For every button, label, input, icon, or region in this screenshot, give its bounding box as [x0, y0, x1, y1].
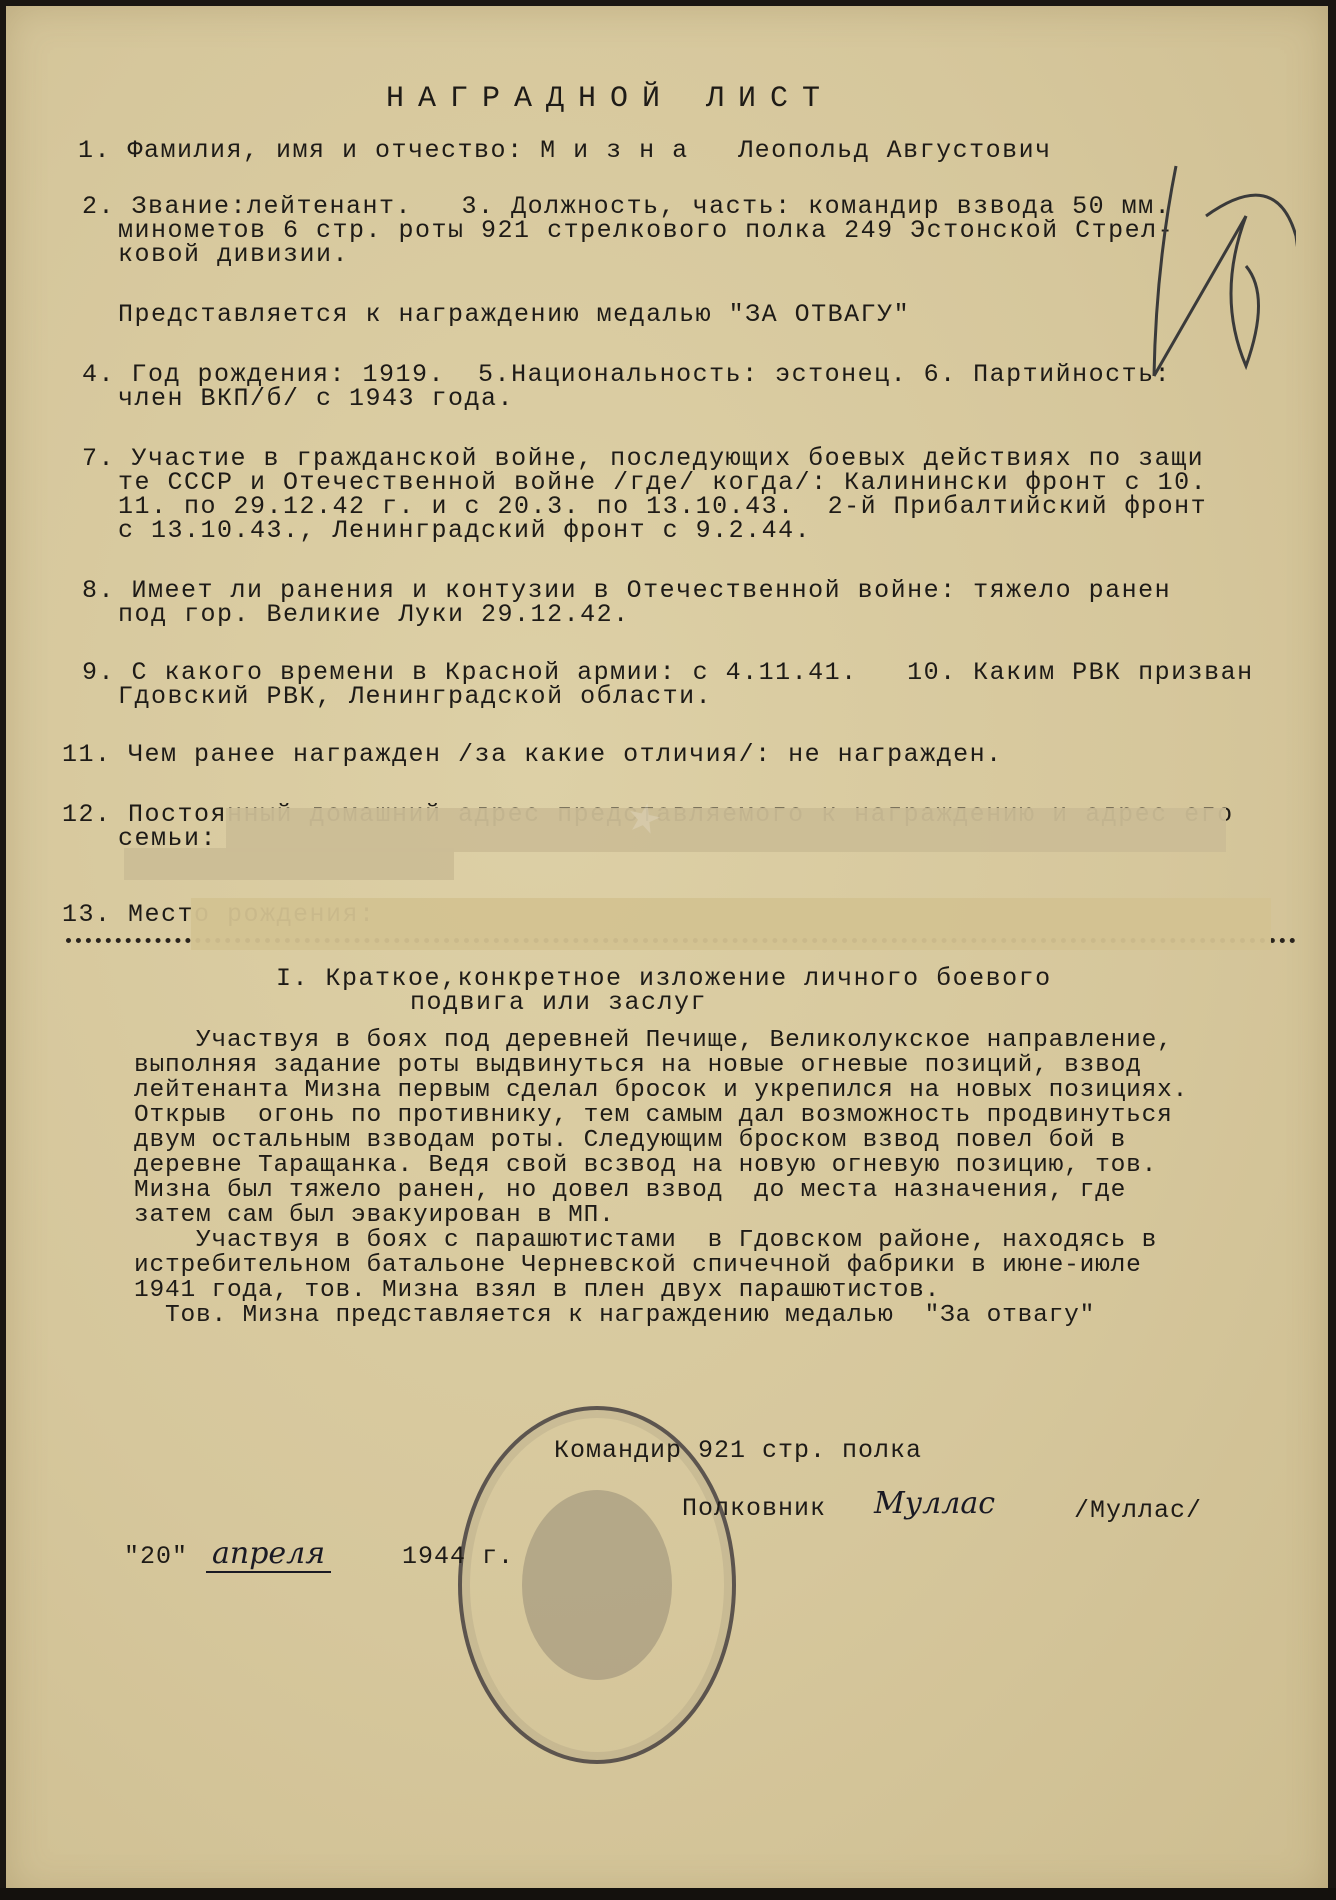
field-party: член ВКП/б/ с 1943 года. — [118, 386, 514, 411]
date-year: 1944 г. — [402, 1542, 514, 1571]
scan-border — [0, 1888, 1336, 1900]
signatory-name: /Муллас/ — [1074, 1496, 1202, 1525]
signature-handwritten: Муллас — [874, 1486, 995, 1521]
field-position-line3: ковой дивизии. — [118, 242, 349, 267]
document-title: НАГРАДНОЙ ЛИСТ — [386, 82, 834, 116]
pencil-resolution-mark-icon — [1096, 146, 1296, 386]
redaction-address — [226, 808, 1226, 852]
date-month-handwritten: апреля — [206, 1536, 331, 1573]
redaction-address-line2 — [124, 848, 454, 880]
field-wounds-line2: под гор. Великие Луки 29.12.42. — [118, 602, 630, 627]
nomination-text: Представляется к награждению медалью "ЗА… — [118, 302, 910, 327]
signatory-position: Командир 921 стр. полка — [554, 1436, 922, 1465]
field-draft-office: Гдовский РВК, Ленинградской области. — [118, 684, 712, 709]
coat-of-arms-emblem — [522, 1490, 672, 1680]
redaction-birthplace — [191, 898, 1271, 950]
field-war-line4: с 13.10.43., Ленинградский фронт с 9.2.4… — [118, 518, 811, 543]
section-heading-line2: подвига или заслуг — [410, 988, 707, 1017]
section-body: Участвуя в боях под деревней Печище, Вел… — [134, 1028, 1334, 1328]
date-day: "20" — [124, 1542, 188, 1571]
field-full-name: 1. Фамилия, имя и отчество: М и з н а Ле… — [78, 138, 1052, 163]
document-paper: НАГРАДНОЙ ЛИСТ 1. Фамилия, имя и отчеств… — [6, 6, 1328, 1896]
field-previous-awards: 11. Чем ранее награжден /за какие отличи… — [62, 742, 1003, 767]
signatory-rank: Полковник — [682, 1494, 826, 1523]
